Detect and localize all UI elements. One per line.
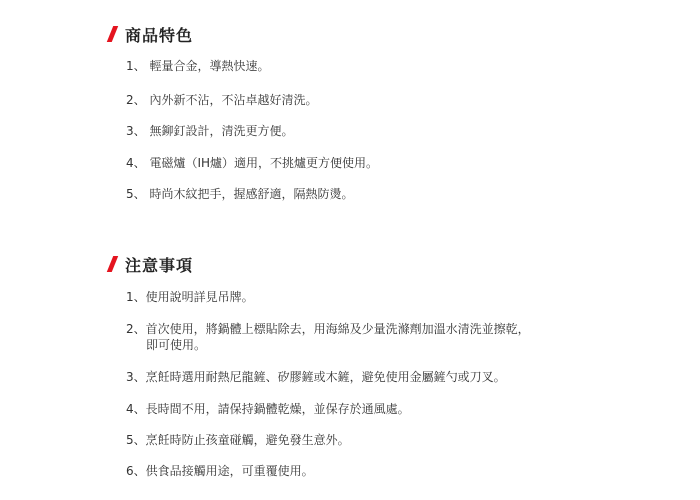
note-item: 3、烹飪時選用耐熱尼龍鏟、矽膠鏟或木鏟，避免使用金屬鏟勺或刀叉。 (126, 369, 506, 385)
item-text: 首次使用，將鍋體上標貼除去，用海綿及少量洗滌劑加溫水清洗並擦乾， (146, 321, 530, 337)
item-number: 4、 (126, 401, 146, 417)
feature-item: 4、 電磁爐（IH爐）適用，不挑爐更方便使用。 (126, 155, 378, 171)
red-slash-icon (107, 256, 118, 272)
item-text: 烹飪時防止孩童碰觸，避免發生意外。 (146, 432, 350, 448)
item-text: 電磁爐（IH爐）適用，不挑爐更方便使用。 (149, 155, 378, 171)
item-number: 5、 (126, 432, 146, 448)
item-text: 供食品接觸用途，可重覆使用。 (146, 463, 314, 479)
feature-item: 3、 無鉚釘設計，清洗更方便。 (126, 123, 293, 139)
features-section: 商品特色 (106, 22, 193, 46)
item-text: 內外新不沾，不沾卓越好清洗。 (149, 92, 317, 108)
features-title: 商品特色 (125, 23, 193, 46)
item-number: 1、 (126, 58, 146, 74)
red-slash-icon (107, 26, 118, 42)
item-text: 無鉚釘設計，清洗更方便。 (149, 123, 293, 139)
note-item: 5、烹飪時防止孩童碰觸，避免發生意外。 (126, 432, 350, 448)
notes-section: 注意事項 (106, 252, 193, 276)
item-text-continuation: 即可使用。 (126, 337, 530, 353)
notes-header: 注意事項 (106, 252, 193, 276)
item-number: 5、 (126, 186, 146, 202)
item-number: 4、 (126, 155, 146, 171)
notes-title: 注意事項 (125, 253, 193, 276)
item-text: 使用說明詳見吊牌。 (146, 289, 254, 305)
item-number: 3、 (126, 369, 146, 385)
item-text: 時尚木紋把手，握感舒適，隔熱防燙。 (149, 186, 353, 202)
item-text: 長時間不用，請保持鍋體乾燥，並保存於通風處。 (146, 401, 410, 417)
item-text: 烹飪時選用耐熱尼龍鏟、矽膠鏟或木鏟，避免使用金屬鏟勺或刀叉。 (146, 369, 506, 385)
note-item: 6、供食品接觸用途，可重覆使用。 (126, 463, 314, 479)
feature-item: 2、 內外新不沾，不沾卓越好清洗。 (126, 92, 317, 108)
feature-item: 1、 輕量合金，導熱快速。 (126, 58, 269, 74)
note-item: 1、使用說明詳見吊牌。 (126, 289, 254, 305)
item-number: 6、 (126, 463, 146, 479)
item-number: 2、 (126, 92, 146, 108)
note-item: 2、首次使用，將鍋體上標貼除去，用海綿及少量洗滌劑加溫水清洗並擦乾，即可使用。 (126, 321, 530, 353)
item-number: 3、 (126, 123, 146, 139)
item-number: 1、 (126, 289, 146, 305)
note-item: 4、長時間不用，請保持鍋體乾燥，並保存於通風處。 (126, 401, 410, 417)
feature-item: 5、 時尚木紋把手，握感舒適，隔熱防燙。 (126, 186, 353, 202)
item-number: 2、 (126, 321, 146, 337)
features-header: 商品特色 (106, 22, 193, 46)
item-text: 輕量合金，導熱快速。 (149, 58, 269, 74)
